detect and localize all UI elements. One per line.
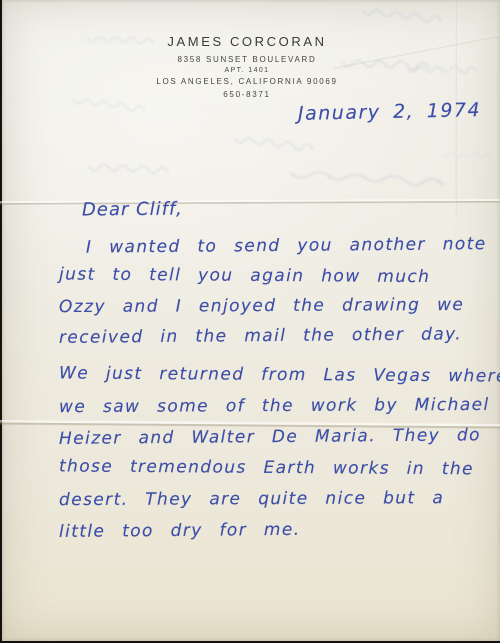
ink-bleedthrough-mark (250, 166, 446, 193)
letterhead-phone: 650-8371 (2, 90, 492, 99)
handwritten-line: received in the mail the other day. (59, 321, 487, 355)
letterhead: JAMES CORCORAN 8358 SUNSET BOULEVARD APT… (2, 34, 492, 99)
salutation: Dear Cliff, (82, 198, 183, 220)
handwritten-line: desert. They are quite nice but a (59, 485, 500, 518)
handwritten-line: we saw some of the work by Michael (59, 392, 500, 425)
letterhead-city: LOS ANGELES, CALIFORNIA 90069 (2, 77, 492, 86)
fold-crease-top (0, 199, 500, 205)
photo-frame: JAMES CORCORAN 8358 SUNSET BOULEVARD APT… (0, 0, 500, 643)
handwritten-line: those tremendous Earth works in the (59, 453, 500, 487)
paragraph-2: We just returned from Las Vegas where we… (59, 362, 500, 548)
handwritten-line: just to tell you again how much (59, 262, 487, 295)
handwritten-line: Heizer and Walter De Maria. They do (59, 422, 500, 457)
ink-bleedthrough-mark (198, 132, 331, 159)
letterhead-street: 8358 SUNSET BOULEVARD (2, 55, 492, 64)
ink-bleedthrough-mark (60, 158, 179, 184)
handwritten-line: little too dry for me. (59, 515, 500, 550)
handwritten-line: We just returned from Las Vegas where (59, 360, 500, 394)
handwritten-line: I wanted to send you another note (59, 231, 487, 265)
ink-bleedthrough-mark (332, 4, 453, 30)
letter-page: JAMES CORCORAN 8358 SUNSET BOULEVARD APT… (2, 0, 500, 641)
letterhead-name: JAMES CORCORAN (2, 34, 492, 49)
handwritten-line: Ozzy and I enjoyed the drawing we (59, 292, 487, 324)
letterhead-apt: APT. 1401 (2, 67, 492, 74)
letter-date: January 2, 1974 (298, 99, 482, 125)
paragraph-1: I wanted to send you another note just t… (59, 233, 487, 353)
ink-bleedthrough-mark (430, 146, 493, 167)
